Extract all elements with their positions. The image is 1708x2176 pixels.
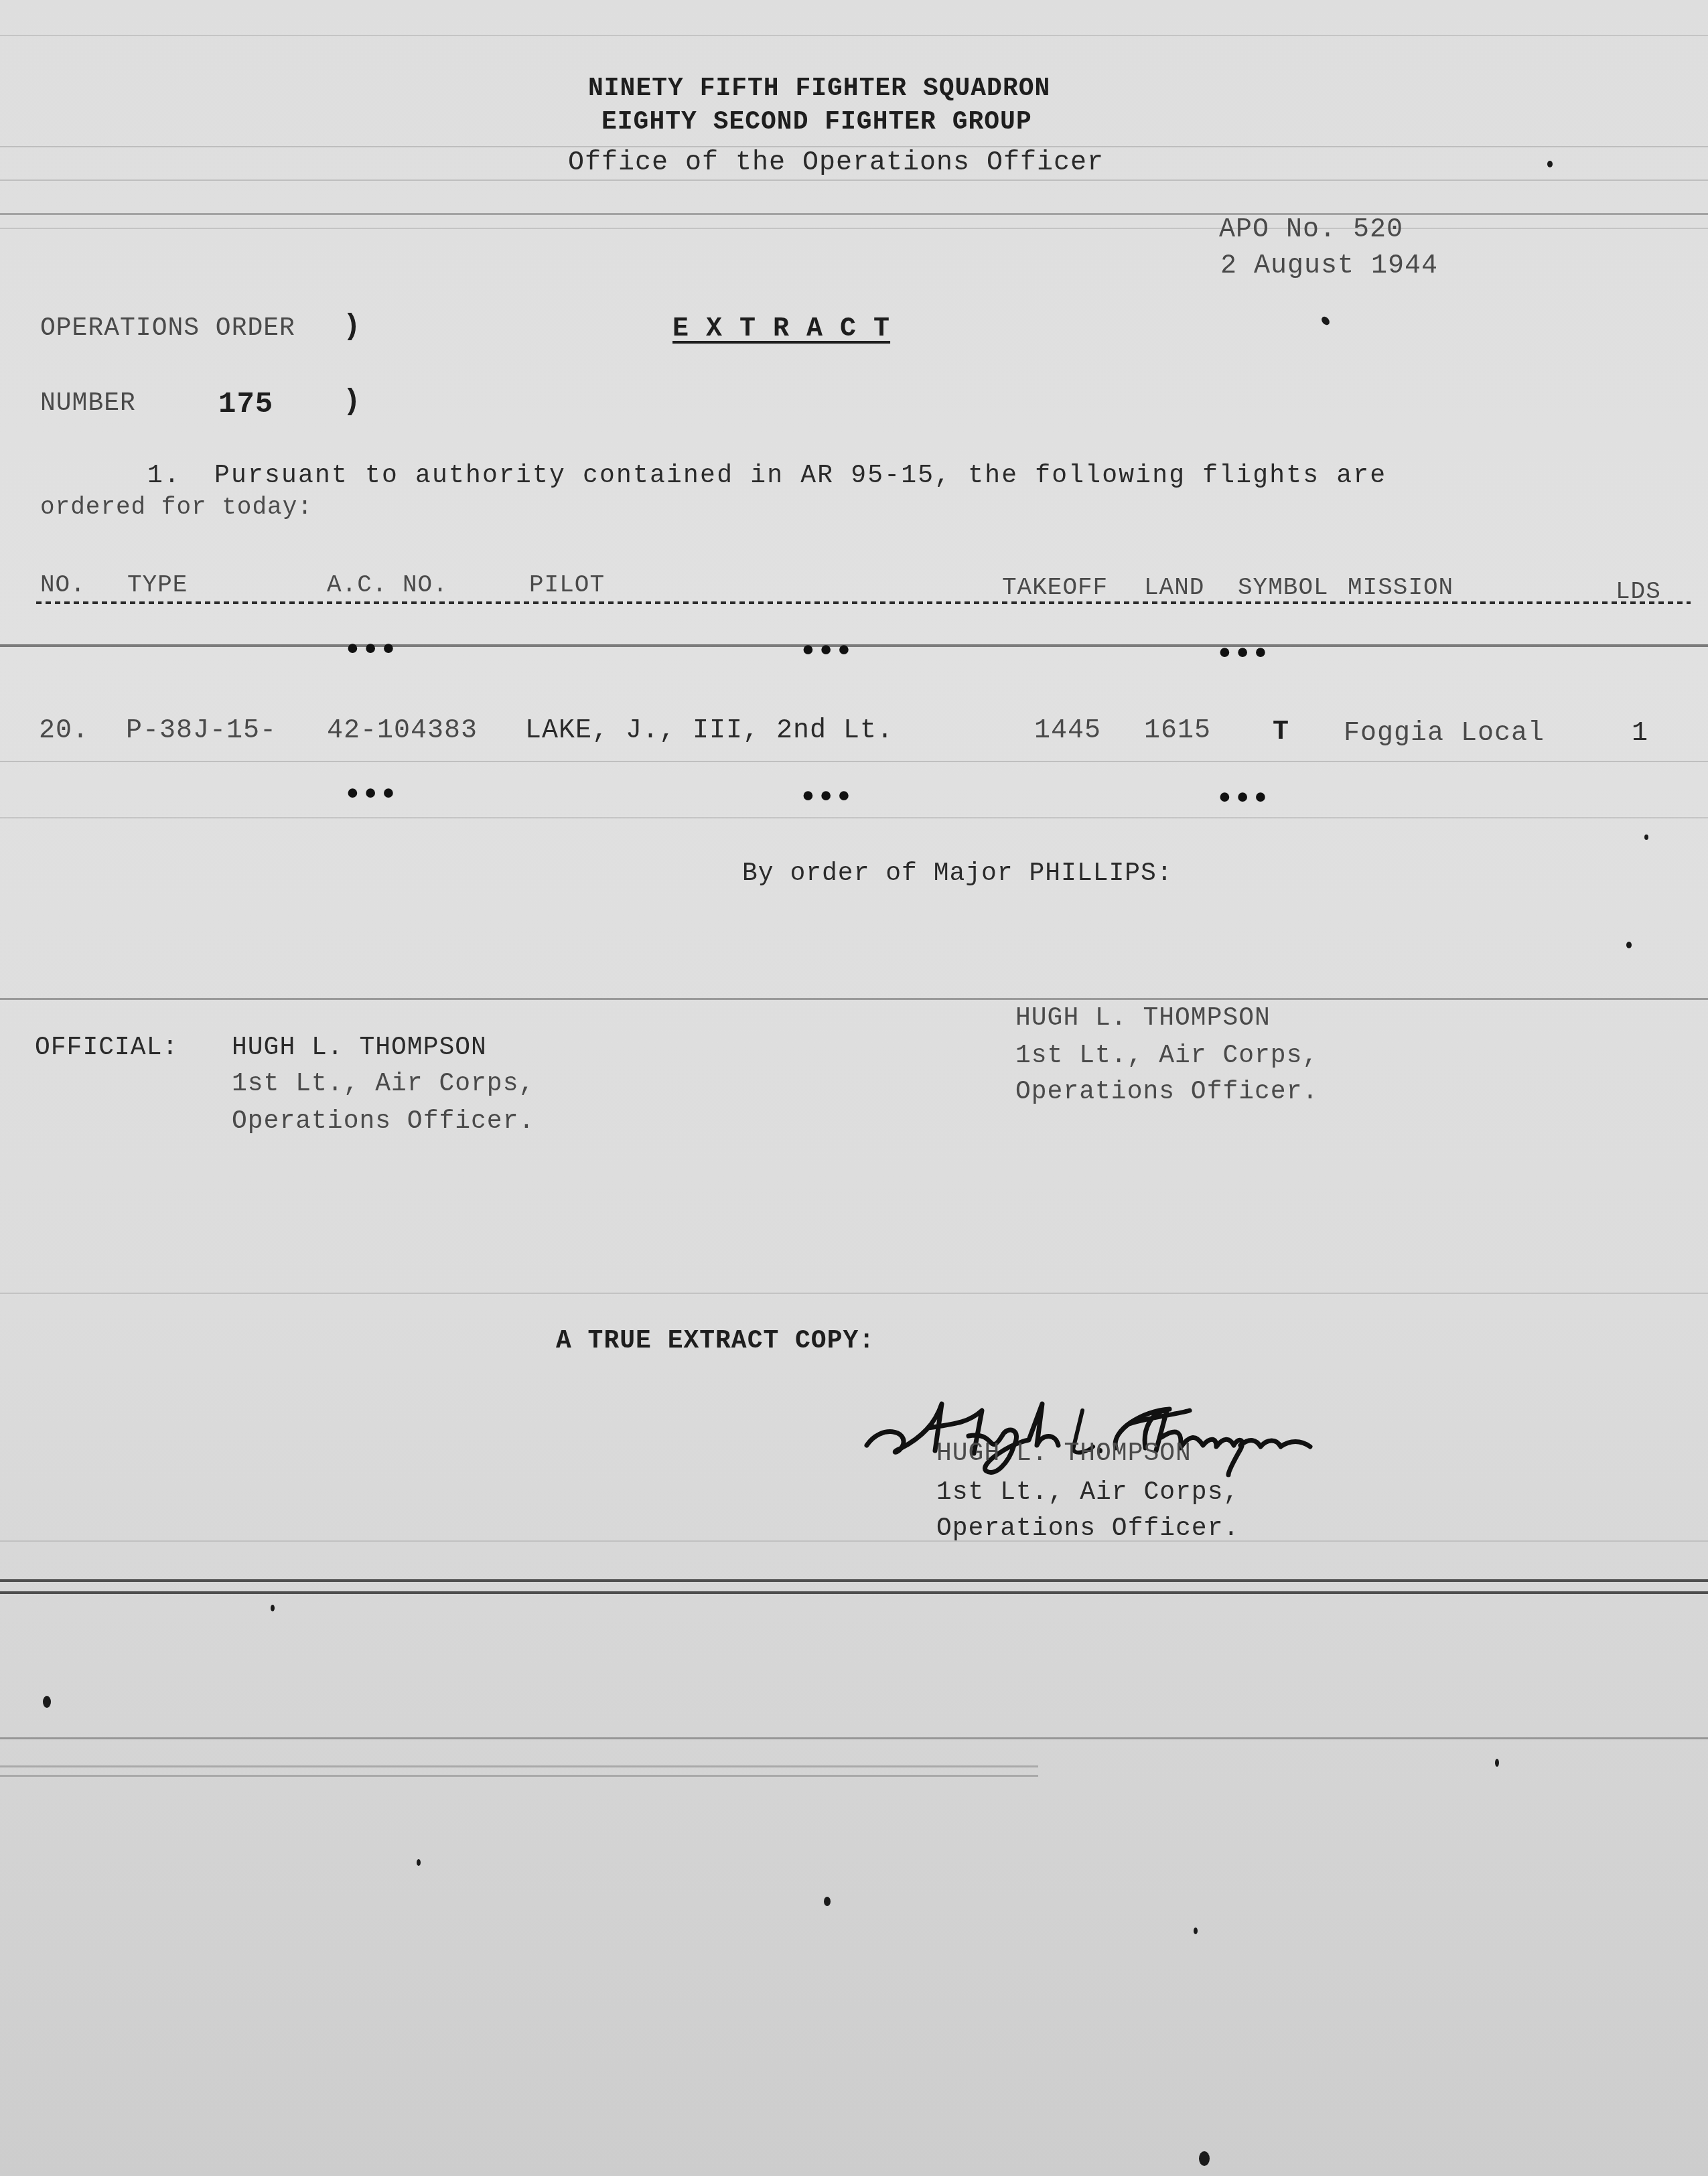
ruled-line [0,817,1708,818]
dust-speck [1626,942,1632,948]
ruled-line [0,228,1708,229]
header-underline [36,601,1691,604]
signer-rank: 1st Lt., Air Corps, [1015,1043,1318,1069]
header-mission: MISSION [1348,576,1453,600]
signature-icon [861,1384,1317,1484]
header-land: LAND [1144,576,1204,600]
ruled-line [0,761,1708,762]
header-symbol: SYMBOL [1238,576,1329,600]
by-order-line: By order of Major PHILLIPS: [742,861,1173,887]
true-copy-label: A TRUE EXTRACT COPY: [556,1329,875,1354]
dust-speck [271,1605,275,1611]
cell-land: 1615 [1144,718,1211,745]
ruled-line [0,1540,1708,1542]
ruled-line [0,998,1708,1000]
order-number: 175 [218,390,273,419]
official-label: OFFICIAL: [35,1035,178,1061]
header-type: TYPE [127,573,188,597]
header-lds: LDS [1616,580,1661,604]
signer-name: HUGH L. THOMPSON [1015,1006,1271,1031]
omission-marker: ••• [1215,639,1269,671]
paragraph-line-2: ordered for today: [40,496,313,520]
dust-speck [1495,1759,1499,1767]
cell-type: P-38J-15- [126,718,277,745]
dust-speck [1194,1928,1198,1934]
ruled-line [0,146,1708,147]
header-pilot: PILOT [529,573,605,597]
official-name: HUGH L. THOMPSON [232,1035,487,1061]
order-date: 2 August 1944 [1220,253,1438,280]
ruled-line [0,179,1708,181]
operations-order-label: OPERATIONS ORDER [40,316,295,342]
dust-speck [1547,161,1553,167]
ruled-line [0,644,1708,647]
cell-no: 20. [39,718,89,745]
official-rank: 1st Lt., Air Corps, [232,1072,535,1097]
extract-title: E X T R A C T [672,316,890,343]
certifier-name: HUGH L. THOMPSON [936,1441,1192,1467]
ruled-line [0,1737,1708,1739]
ruled-line [0,1591,1708,1594]
ruled-line [0,213,1708,215]
cell-lds: 1 [1632,721,1648,747]
letterhead-office: Office of the Operations Officer [568,150,1104,177]
header-ac-no: A.C. NO. [327,573,448,597]
ruled-line [0,1579,1708,1582]
official-title: Operations Officer. [232,1109,535,1135]
cell-mission: Foggia Local [1344,721,1545,747]
omission-marker: ••• [343,635,397,667]
dust-speck [1644,835,1648,840]
omission-marker: ••• [343,780,397,812]
header-no: NO. [40,573,86,597]
apo-number: APO No. 520 [1219,217,1403,244]
omission-marker: ••• [798,636,852,668]
bracket: ) [343,387,361,417]
number-label: NUMBER [40,391,136,417]
cell-ac-no: 42-104383 [327,718,478,745]
letterhead-squadron: NINETY FIFTH FIGHTER SQUADRON [588,76,1050,102]
letterhead-group: EIGHTY SECOND FIGHTER GROUP [601,110,1032,135]
ruled-line [0,1765,1038,1767]
ruled-line [0,1775,1038,1777]
paragraph-line-1: 1. Pursuant to authority contained in AR… [147,463,1386,489]
header-takeoff: TAKEOFF [1002,576,1108,600]
certifier-rank: 1st Lt., Air Corps, [936,1480,1239,1506]
cell-pilot: LAKE, J., III, 2nd Lt. [525,718,894,745]
dust-speck [1320,315,1332,326]
ruled-line [0,1293,1708,1294]
cell-symbol: T [1273,719,1289,746]
certifier-title: Operations Officer. [936,1516,1239,1542]
omission-marker: ••• [798,782,852,814]
dust-speck [43,1696,51,1708]
dust-speck [417,1859,421,1866]
dust-speck [824,1897,831,1906]
omission-marker: ••• [1215,784,1269,816]
dust-speck [1199,2151,1210,2166]
signer-title: Operations Officer. [1015,1080,1318,1105]
ruled-line [0,35,1708,36]
document-page: NINETY FIFTH FIGHTER SQUADRON EIGHTY SEC… [0,0,1708,2176]
cell-takeoff: 1445 [1034,718,1101,745]
bracket: ) [343,312,361,342]
